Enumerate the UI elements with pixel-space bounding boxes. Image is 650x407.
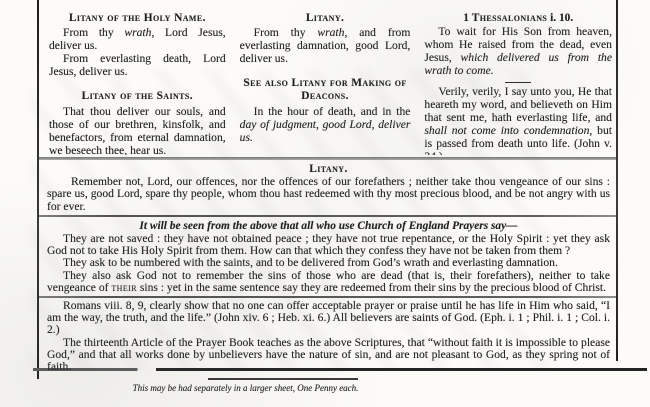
heading-litany-full: Litany. — [47, 163, 610, 175]
paragraph: To wait for His Son from heaven, whom He… — [424, 26, 612, 78]
paragraph: From thy wrath, and from everlasting dam… — [240, 26, 411, 65]
section-divider-2 — [39, 215, 616, 217]
column-litany-holy-name: Litany of the Holy Name. From thy wrath,… — [49, 9, 226, 155]
section-divider-top — [39, 157, 616, 160]
paragraph: They also ask God not to remember the si… — [47, 270, 610, 294]
top-columns: Litany of the Holy Name. From thy wrath,… — [39, 0, 616, 155]
paragraph: Verily, verily, I say unto you, He that … — [424, 86, 612, 155]
paragraph: Remember not, Lord, our offences, nor th… — [47, 176, 610, 213]
romans-section: Romans viii. 8, 9, clearly show that no … — [39, 300, 616, 373]
heading-litany-of-the-holy-name: Litany of the Holy Name. — [49, 12, 226, 25]
section-divider-3 — [39, 296, 616, 298]
heading-see-also-litany-deacons: See also Litany for Making of Deacons. — [240, 77, 411, 103]
column-litany: Litany. From thy wrath, and from everlas… — [240, 9, 411, 155]
paragraph: The thirteenth Article of the Prayer Boo… — [47, 337, 610, 374]
paragraph: From everlasting death, Lord Jesus, deli… — [49, 52, 226, 78]
column-gap — [49, 78, 226, 87]
heading-observation: It will be seen from the above that all … — [47, 220, 610, 232]
paragraph: They are not saved : they have not obtai… — [47, 233, 610, 257]
paragraph: In the hour of death, and in the day of … — [240, 105, 411, 144]
scripture-divider — [505, 82, 531, 84]
page-border-right — [616, 0, 618, 361]
column-thessalonians: 1 Thessalonians i. 10. To wait for His S… — [424, 9, 612, 155]
litany-section: Litany. Remember not, Lord, our offences… — [39, 163, 616, 213]
heading-litany-of-the-saints: Litany of the Saints. — [49, 90, 226, 103]
paragraph: From thy wrath, Lord Jesus, deliver us. — [49, 26, 226, 52]
scanned-tract-page: Litany of the Holy Name. From thy wrath,… — [0, 0, 650, 407]
observation-section: It will be seen from the above that all … — [39, 220, 616, 294]
column-gap — [240, 65, 411, 74]
heading-1-thessalonians: 1 Thessalonians i. 10. — [424, 12, 612, 25]
footer-divider — [208, 378, 358, 380]
heading-litany: Litany. — [240, 12, 411, 25]
paragraph: That thou deliver our souls, and those o… — [49, 105, 226, 155]
page-content: Litany of the Holy Name. From thy wrath,… — [39, 0, 616, 394]
price-note: This may be had separately in a larger s… — [0, 383, 534, 394]
paragraph: Romans viii. 8, 9, clearly show that no … — [47, 300, 610, 337]
